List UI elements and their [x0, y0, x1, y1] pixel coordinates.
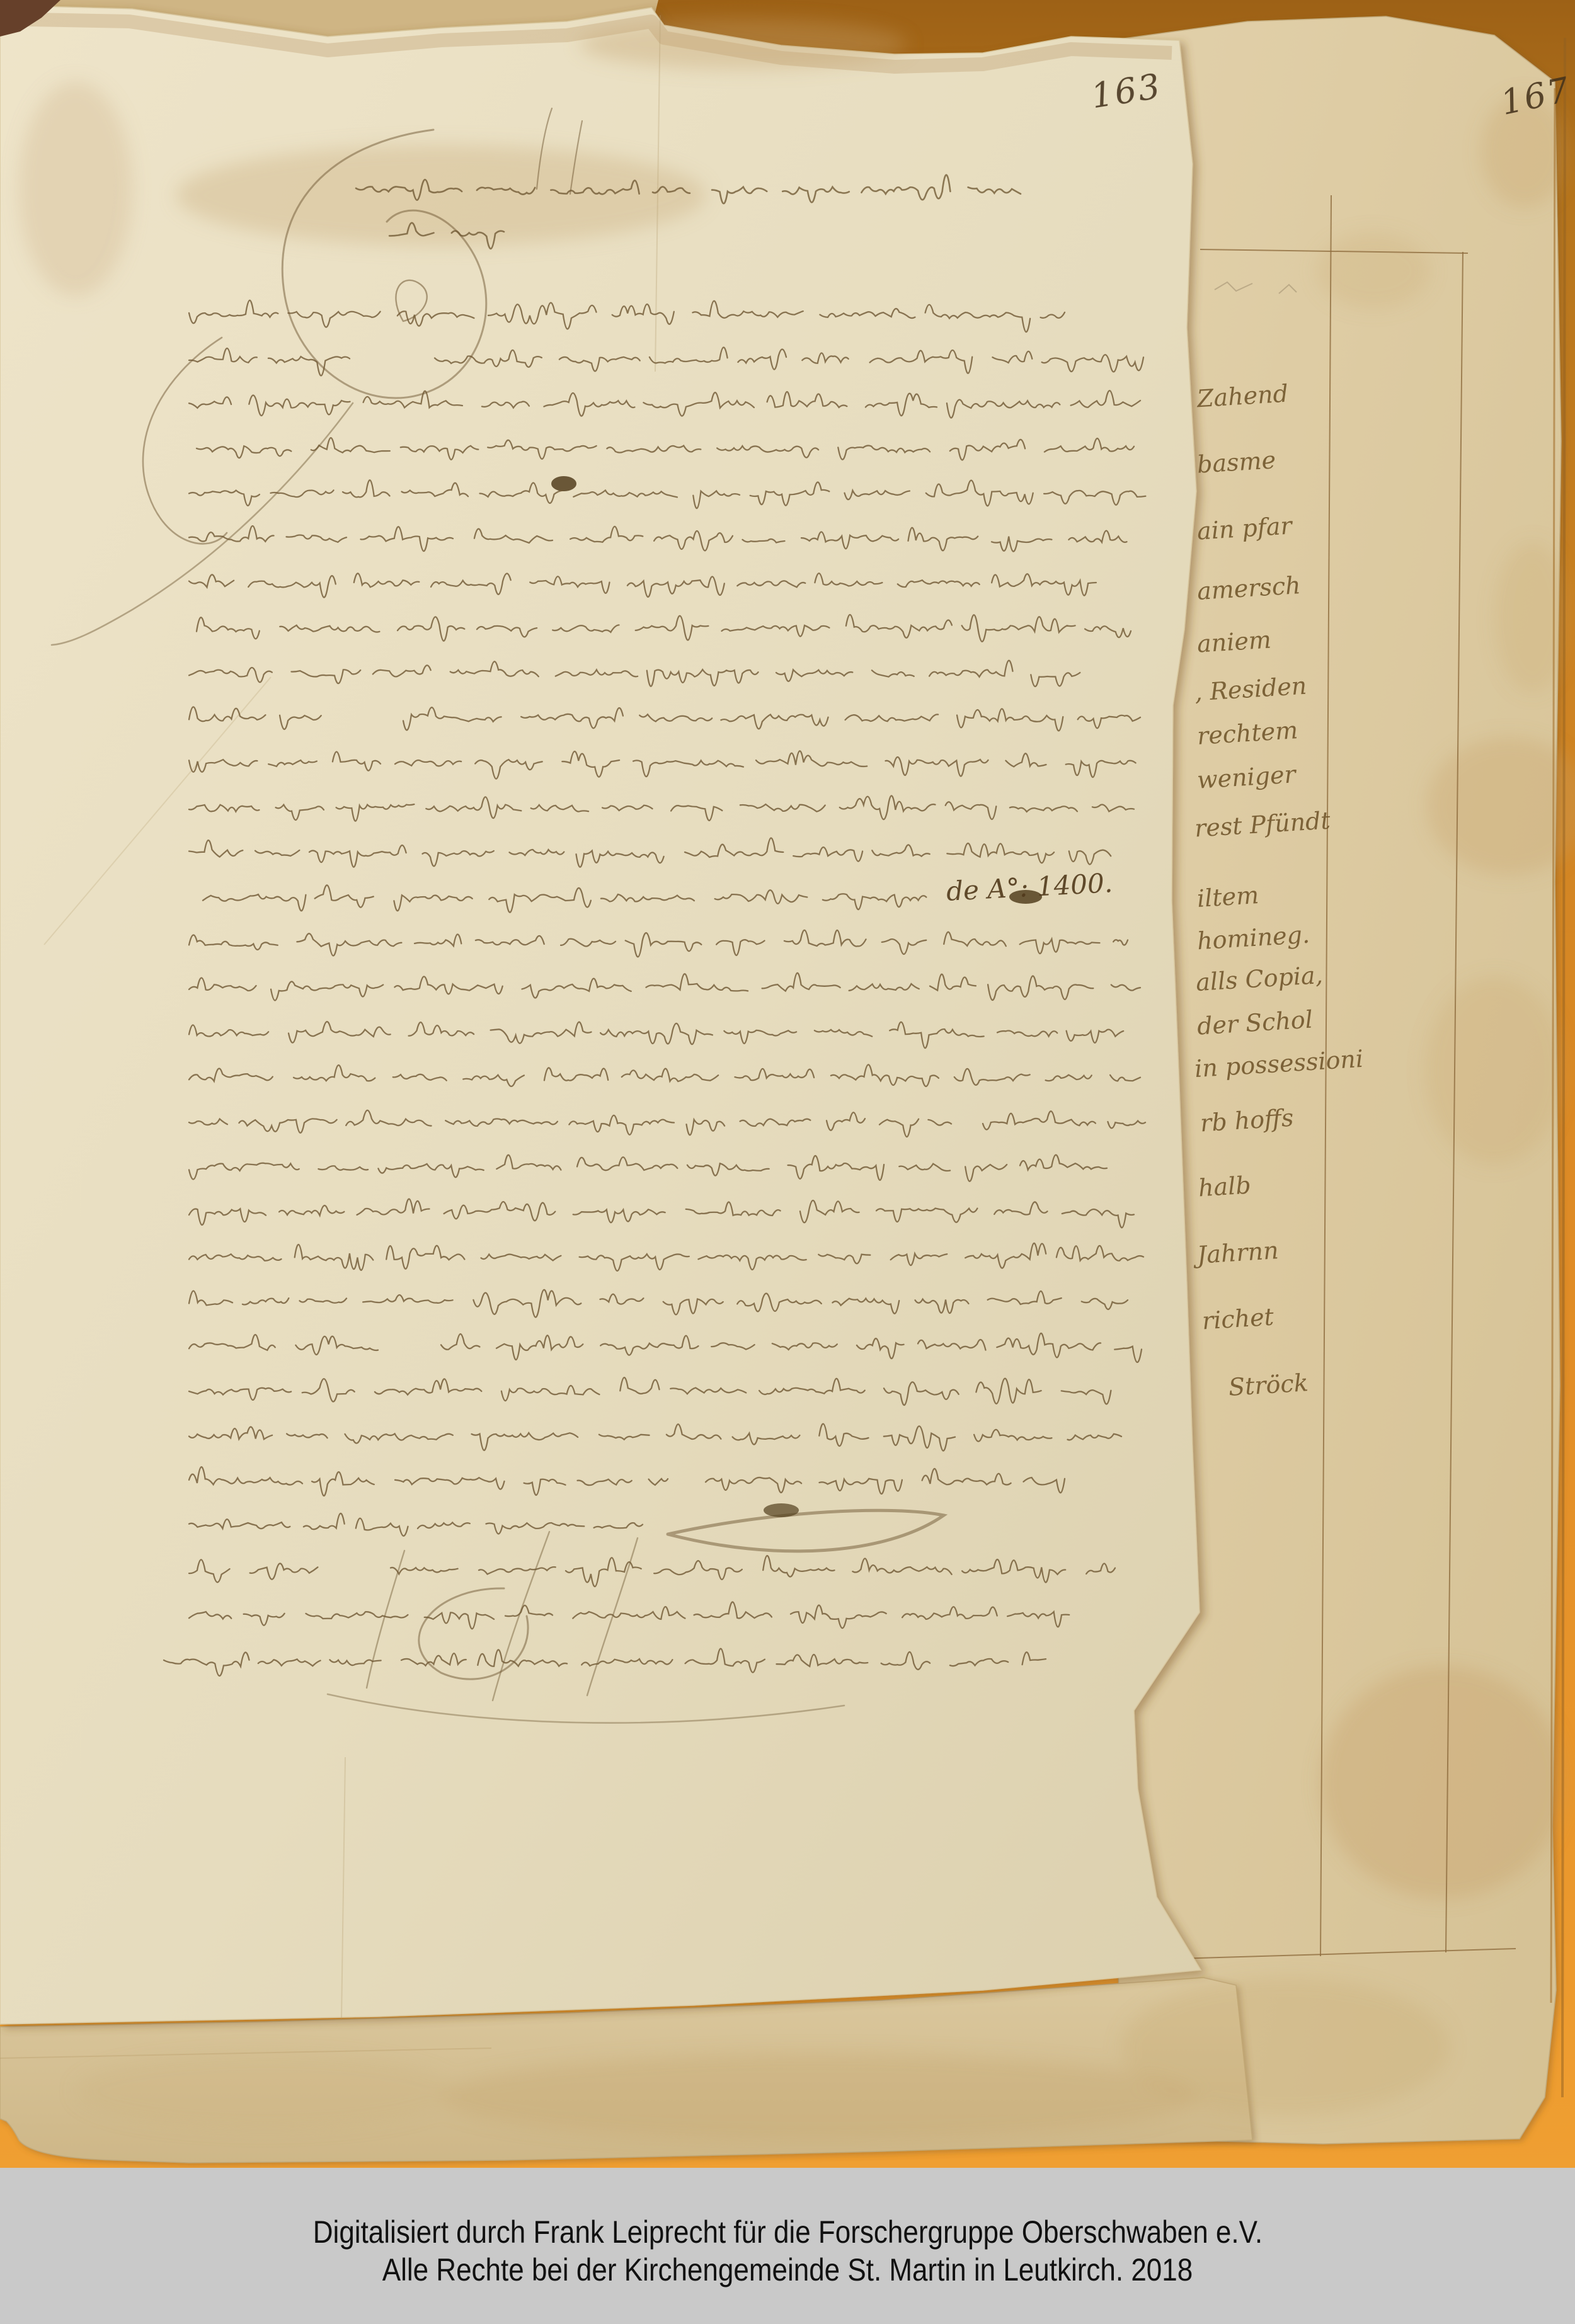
scan-artwork — [0, 0, 1575, 2324]
right-page-text-fragment: rb hoffs — [1200, 1106, 1294, 1136]
right-page-text-fragment: , Residen — [1194, 674, 1307, 705]
right-page-text-fragment: ain pfar — [1196, 513, 1293, 543]
right-page-text-fragment: richet — [1201, 1305, 1274, 1333]
caption-line-1: Digitalisiert durch Frank Leiprecht für … — [312, 2213, 1262, 2251]
right-page-text-fragment: halb — [1198, 1173, 1252, 1200]
right-page-text-fragment: basme — [1196, 448, 1276, 477]
right-page-text-fragment: rechtem — [1196, 718, 1298, 748]
right-page-text-fragment: alls Copia, — [1195, 963, 1324, 994]
manuscript-scan: 163 167 de A°: 1400. Zahendbasmeain pfar… — [0, 0, 1575, 2324]
right-page-text-fragment: amersch — [1196, 573, 1302, 603]
right-page-text-fragment: Jahrnn — [1196, 1238, 1280, 1267]
main-page-163 — [0, 5, 1201, 2024]
right-page-text-fragment: homineg. — [1196, 923, 1310, 954]
right-page-text-fragment: Zahend — [1196, 382, 1289, 411]
right-page-text-fragment: aniem — [1196, 627, 1272, 656]
caption-bar: Digitalisiert durch Frank Leiprecht für … — [0, 2168, 1575, 2324]
right-page-text-fragment: Ströck — [1228, 1370, 1309, 1399]
right-page-text-fragment: iltem — [1196, 883, 1259, 911]
right-page-text-fragment: der Schol — [1196, 1007, 1314, 1038]
caption-line-2: Alle Rechte bei der Kirchengemeinde St. … — [382, 2251, 1193, 2289]
right-page-text-fragment: weniger — [1196, 762, 1297, 792]
